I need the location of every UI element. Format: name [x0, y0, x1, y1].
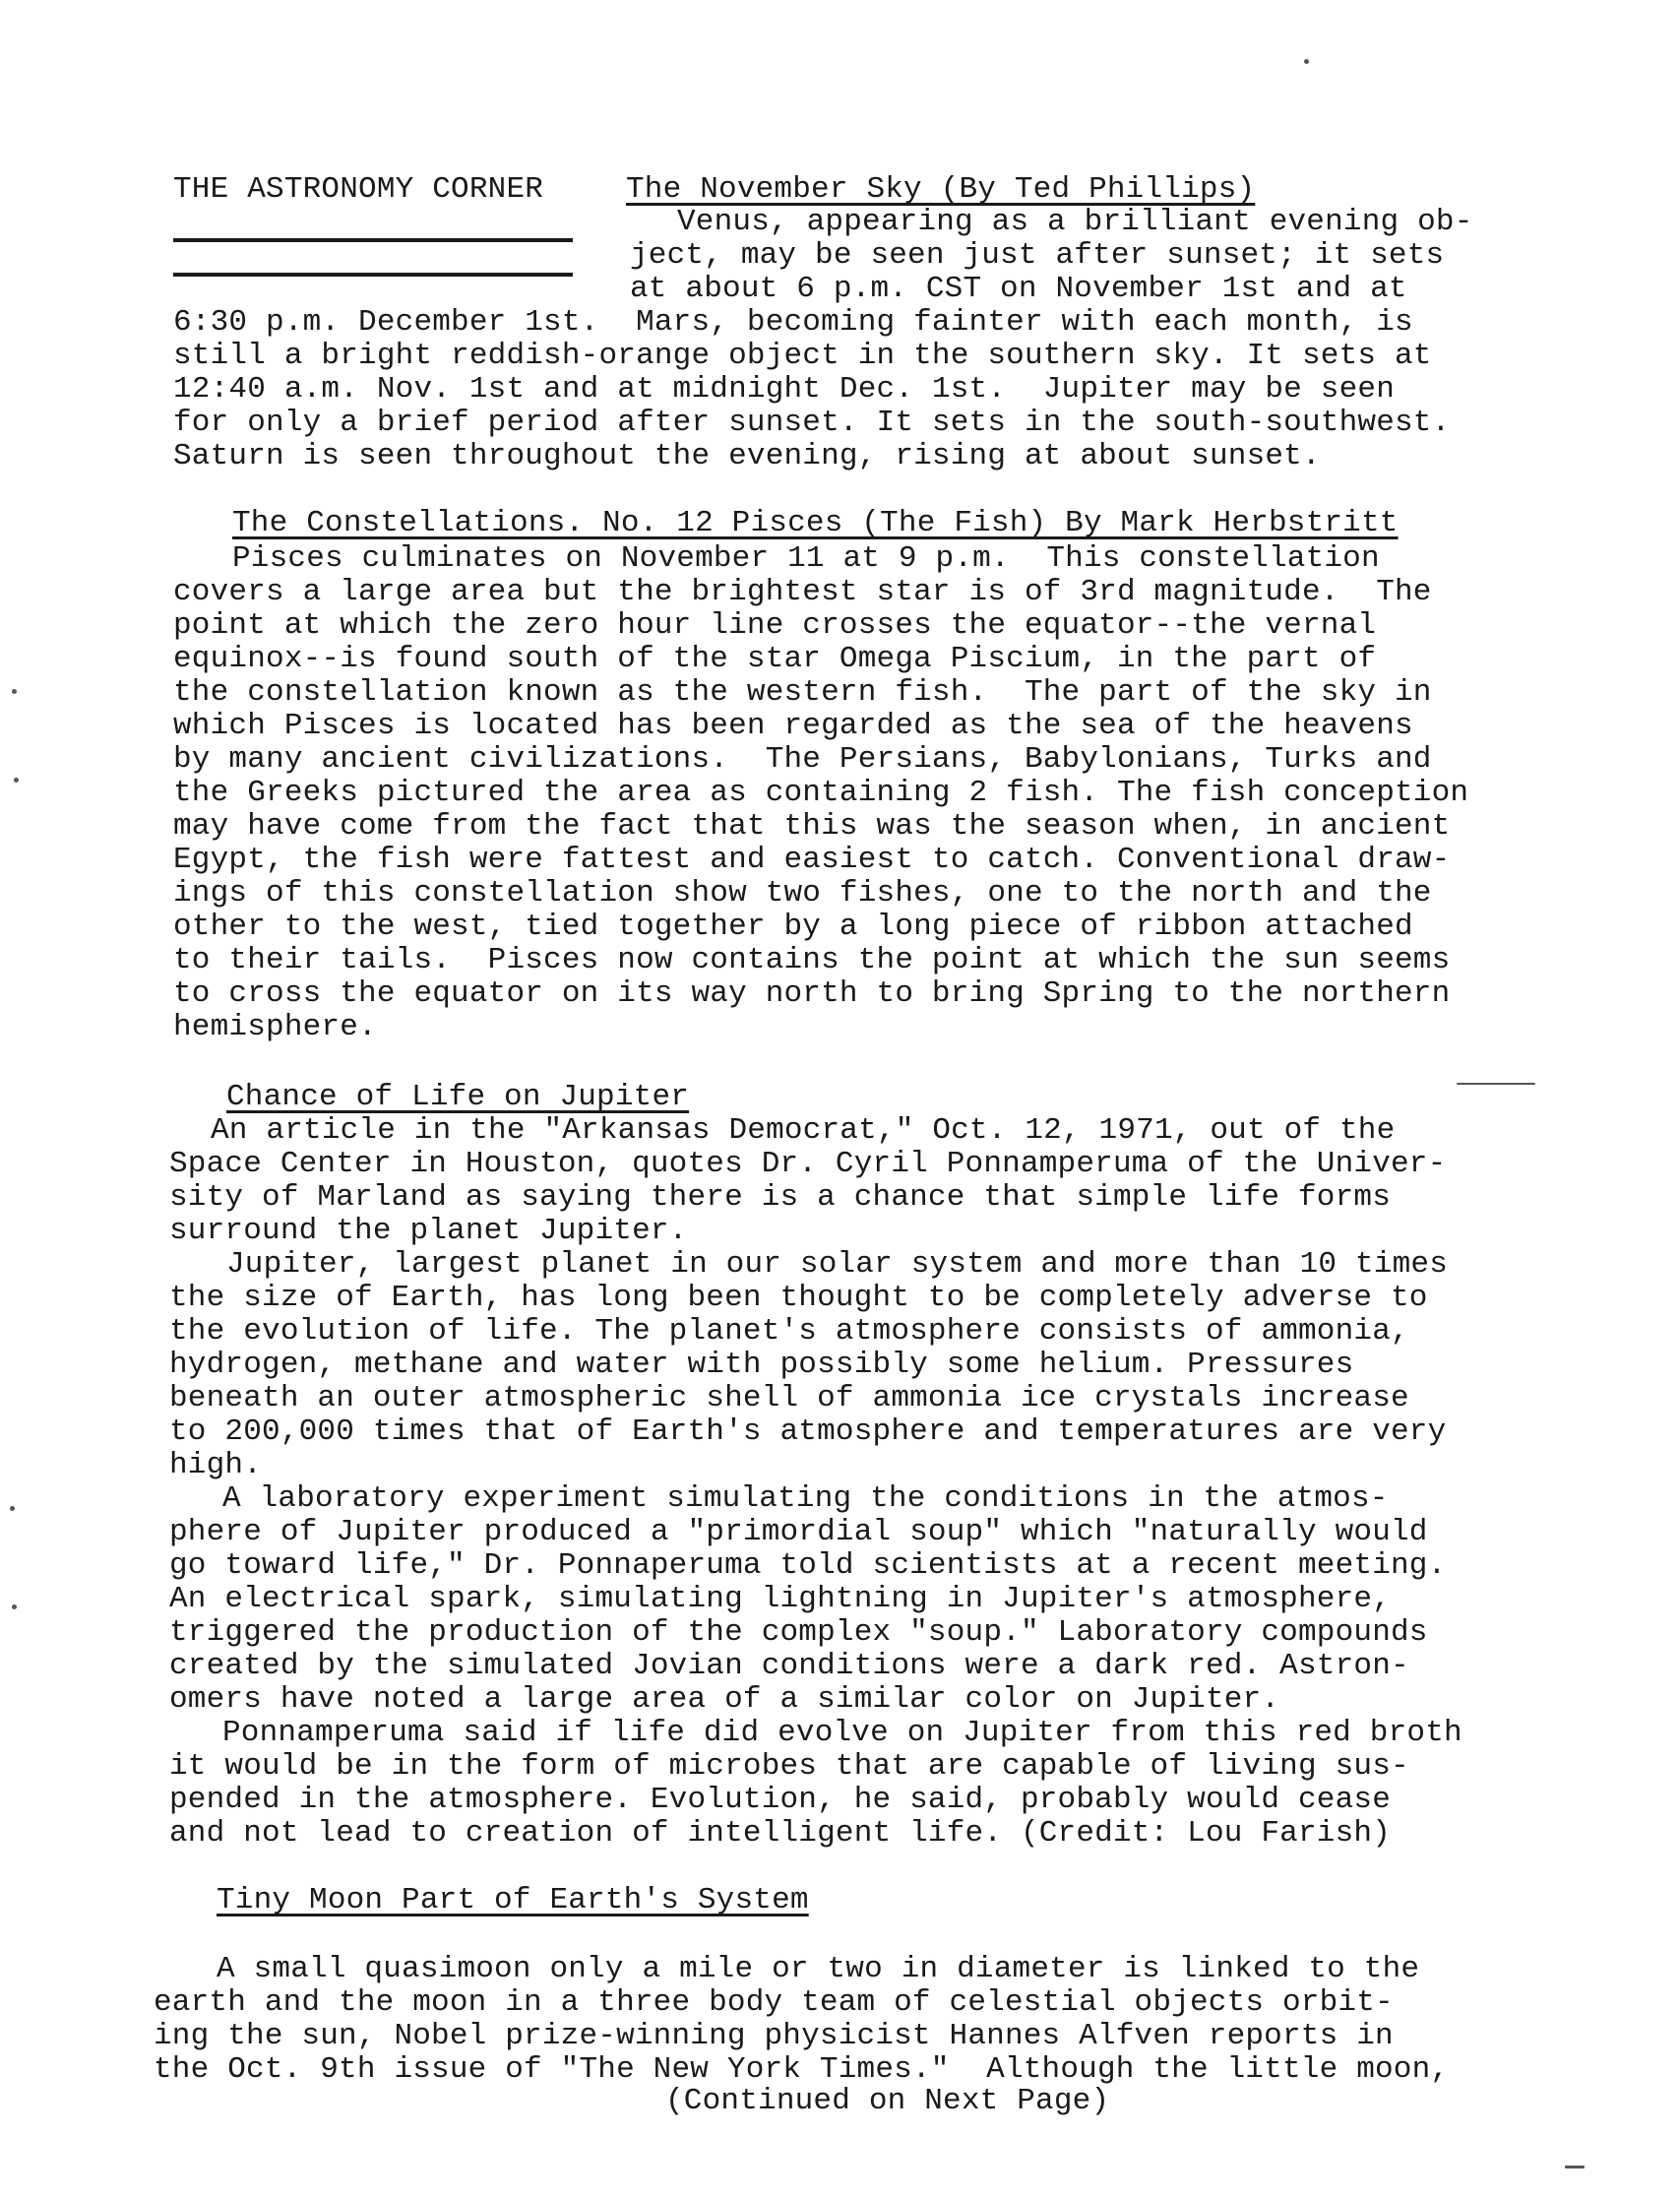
text-line: Egypt, the fish were fattest and easiest… — [173, 844, 1450, 877]
text-line: to 200,000 times that of Earth's atmosph… — [169, 1415, 1446, 1449]
continued-note: (Continued on Next Page) — [665, 2085, 1109, 2118]
text-line: high. — [169, 1449, 262, 1482]
section-title-constellations: The Constellations. No. 12 Pisces (The F… — [232, 507, 1399, 540]
text-line: to cross the equator on its way north to… — [173, 977, 1450, 1011]
divider-rule — [173, 238, 573, 242]
text-line: A laboratory experiment simulating the c… — [222, 1482, 1389, 1516]
text-line: ject, may be seen just after sunset; it … — [630, 239, 1444, 273]
section-title-tiny-moon: Tiny Moon Part of Earth's System — [217, 1884, 809, 1917]
text-line: hydrogen, methane and water with possibl… — [169, 1349, 1353, 1382]
text-line: the Greeks pictured the area as containi… — [173, 777, 1468, 810]
text-line: ing the sun, Nobel prize-winning physici… — [154, 2020, 1394, 2053]
text-line: point at which the zero hour line crosse… — [173, 609, 1376, 643]
text-line: by many ancient civilizations. The Persi… — [173, 743, 1432, 777]
scan-speck — [1304, 59, 1309, 64]
text-line: An article in the "Arkansas Democrat," O… — [211, 1114, 1395, 1148]
text-line: Saturn is seen throughout the evening, r… — [173, 440, 1321, 473]
text-line: the evolution of life. The planet's atmo… — [169, 1315, 1409, 1349]
text-line: other to the west, tied together by a lo… — [173, 911, 1413, 944]
text-line: Jupiter, largest planet in our solar sys… — [226, 1248, 1448, 1282]
text-line: the constellation known as the western f… — [173, 676, 1432, 710]
text-line: hemisphere. — [173, 1011, 377, 1044]
text-line: beneath an outer atmospheric shell of am… — [169, 1382, 1409, 1415]
text-line: and not lead to creation of intelligent … — [169, 1817, 1391, 1851]
text-line: for only a brief period after sunset. It… — [173, 407, 1450, 440]
text-line: sity of Marland as saying there is a cha… — [169, 1181, 1391, 1215]
text-line: earth and the moon in a three body team … — [154, 1986, 1394, 2020]
text-line: which Pisces is located has been regarde… — [173, 710, 1413, 743]
text-line: 12:40 a.m. Nov. 1st and at midnight Dec.… — [173, 373, 1395, 407]
text-line: covers a large area but the brightest st… — [173, 576, 1432, 609]
scan-speck — [14, 778, 19, 783]
scan-speck — [12, 1604, 17, 1609]
text-line: An electrical spark, simulating lightnin… — [169, 1583, 1391, 1616]
text-line: A small quasimoon only a mile or two in … — [217, 1953, 1419, 1986]
text-line: omers have noted a large area of a simil… — [169, 1683, 1279, 1717]
text-line: the Oct. 9th issue of "The New York Time… — [154, 2053, 1449, 2087]
text-line: may have come from the fact that this wa… — [173, 810, 1450, 844]
column-title: THE ASTRONOMY CORNER — [173, 173, 543, 207]
typewritten-page: THE ASTRONOMY CORNER The November Sky (B… — [0, 0, 1680, 2199]
scan-speck — [1457, 1083, 1535, 1085]
text-line: Pisces culminates on November 11 at 9 p.… — [232, 542, 1380, 576]
text-line: it would be in the form of microbes that… — [169, 1750, 1409, 1784]
text-line: still a bright reddish-orange object in … — [173, 340, 1432, 373]
text-line: Ponnamperuma said if life did evolve on … — [222, 1717, 1462, 1750]
text-line: pended in the atmosphere. Evolution, he … — [169, 1784, 1391, 1817]
scan-speck — [12, 689, 17, 694]
scan-speck — [10, 1506, 15, 1511]
text-line: phere of Jupiter produced a "primordial … — [169, 1516, 1428, 1549]
text-line: created by the simulated Jovian conditio… — [169, 1650, 1409, 1683]
scan-speck — [1565, 2166, 1585, 2168]
text-line: equinox--is found south of the star Omeg… — [173, 643, 1376, 676]
text-line: the size of Earth, has long been thought… — [169, 1282, 1428, 1315]
divider-rule — [173, 273, 573, 277]
text-line: surround the planet Jupiter. — [169, 1215, 688, 1248]
text-line: Space Center in Houston, quotes Dr. Cyri… — [169, 1148, 1446, 1181]
section-title-jupiter: Chance of Life on Jupiter — [226, 1081, 689, 1114]
text-line: ings of this constellation show two fish… — [173, 877, 1432, 911]
text-line: at about 6 p.m. CST on November 1st and … — [630, 273, 1407, 306]
text-line: triggered the production of the complex … — [169, 1616, 1428, 1650]
text-line: to their tails. Pisces now contains the … — [173, 944, 1450, 977]
section-title-november-sky: The November Sky (By Ted Phillips) — [626, 173, 1255, 207]
text-line: go toward life," Dr. Ponnaperuma told sc… — [169, 1549, 1446, 1583]
text-line: 6:30 p.m. December 1st. Mars, becoming f… — [173, 306, 1413, 340]
text-line: Venus, appearing as a brilliant evening … — [677, 206, 1473, 239]
